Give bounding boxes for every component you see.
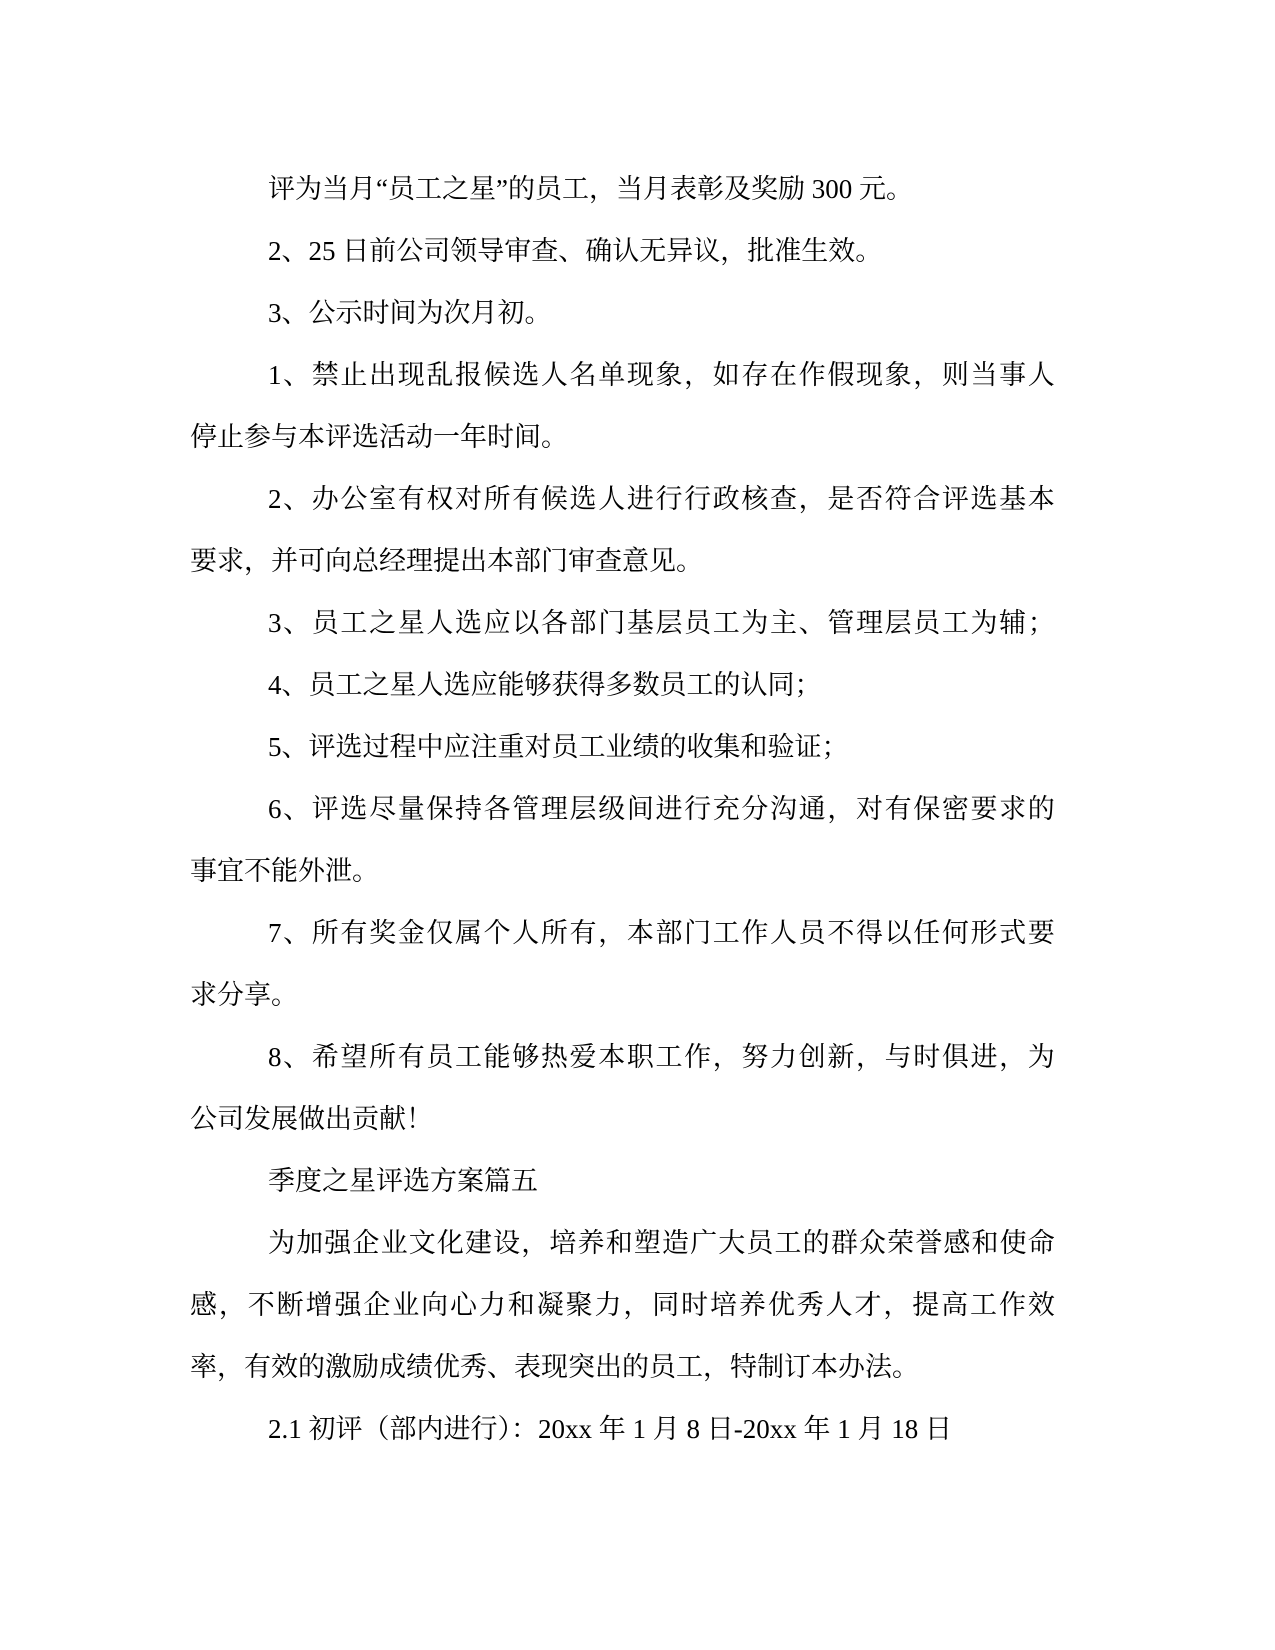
text-char: 在: [770, 344, 797, 406]
text-char: 效: [1028, 1274, 1055, 1336]
text-char: 以: [512, 592, 539, 654]
text-char: 查: [770, 468, 797, 530]
text-char: 才: [854, 1274, 881, 1336]
text-line: 8、希望所有员工能够热爱本职工作，努力创新，与时俱进，为: [190, 1026, 1055, 1088]
text-char: 各: [484, 778, 511, 840]
text-char: 求: [999, 778, 1026, 840]
text-char: 、: [283, 592, 310, 654]
text-char: ；: [1028, 592, 1055, 654]
text-char: 作: [741, 902, 768, 964]
text-char: 金: [398, 902, 425, 964]
text-char: 强: [334, 1274, 361, 1336]
text-char: 门: [598, 592, 625, 654]
text-char: 大: [718, 1212, 745, 1274]
text-char: 感: [943, 1212, 970, 1274]
text-char: 员: [913, 592, 940, 654]
text-char: 对: [856, 778, 883, 840]
text-char: 工: [942, 592, 969, 654]
text-char: 人: [826, 1274, 853, 1336]
text-char: 业: [381, 1212, 408, 1274]
document-text-block: 评为当月“员工之星”的员工，当月表彰及奖励 300 元。2、25 日前公司领导审…: [190, 158, 1055, 1460]
text-char: 是: [827, 468, 854, 530]
text-char: 如: [713, 344, 740, 406]
text-char: 名: [570, 344, 597, 406]
text-char: 何: [942, 902, 969, 964]
text-char: 行: [684, 468, 711, 530]
text-char: 2: [268, 468, 282, 530]
text-char: 有: [340, 902, 367, 964]
text-char: 人: [541, 344, 568, 406]
text-char: 造: [662, 1212, 689, 1274]
text-char: 基: [999, 468, 1026, 530]
text-line: 公司发展做出贡献！: [190, 1088, 1055, 1150]
text-char: 部: [655, 902, 682, 964]
text-char: 选: [340, 778, 367, 840]
text-char: 心: [450, 1274, 477, 1336]
text-char: 核: [741, 468, 768, 530]
text-char: 不: [248, 1274, 275, 1336]
text-char: 时: [913, 1026, 940, 1088]
text-line: 停止参与本评选活动一年时间。: [190, 406, 1055, 468]
text-char: 时: [681, 1274, 708, 1336]
text-char: 为: [971, 592, 998, 654]
text-char: 本: [627, 902, 654, 964]
text-char: 充: [713, 778, 740, 840]
text-char: 、: [799, 592, 826, 654]
text-char: 奖: [369, 902, 396, 964]
text-char: 能: [484, 1026, 511, 1088]
text-char: 培: [549, 1212, 576, 1274]
text-char: 公: [340, 468, 367, 530]
text-char: 假: [827, 344, 854, 406]
text-char: 养: [578, 1212, 605, 1274]
text-char: 6: [268, 778, 282, 840]
text-char: 群: [831, 1212, 858, 1274]
text-char: 业: [392, 1274, 419, 1336]
text-char: 保: [913, 778, 940, 840]
text-char: 断: [277, 1274, 304, 1336]
text-char: 禁: [312, 344, 339, 406]
text-char: 有: [885, 778, 912, 840]
text-char: 同: [652, 1274, 679, 1336]
text-char: 进: [971, 1026, 998, 1088]
text-char: ，: [521, 1212, 548, 1274]
text-char: 对: [455, 468, 482, 530]
text-char: 选: [455, 592, 482, 654]
text-char: 本: [1028, 468, 1055, 530]
text-char: 形: [971, 902, 998, 964]
text-char: 塑: [634, 1212, 661, 1274]
text-char: ，: [598, 902, 625, 964]
text-char: 1: [268, 344, 282, 406]
text-char: 出: [369, 344, 396, 406]
text-char: 有: [570, 902, 597, 964]
text-char: 广: [690, 1212, 717, 1274]
text-char: 增: [306, 1274, 333, 1336]
text-char: 分: [741, 778, 768, 840]
text-char: 作: [799, 344, 826, 406]
text-char: ，: [913, 344, 940, 406]
text-char: 得: [856, 902, 883, 964]
text-char: 与: [885, 1026, 912, 1088]
text-char: 员: [799, 902, 826, 964]
text-char: 理: [856, 592, 883, 654]
text-char: 希: [312, 1026, 339, 1088]
text-char: 文: [409, 1212, 436, 1274]
text-char: 门: [684, 902, 711, 964]
text-line: 6、评选尽量保持各管理层级间进行充分沟通，对有保密要求的: [190, 778, 1055, 840]
text-char: 单: [598, 344, 625, 406]
text-char: 选: [570, 468, 597, 530]
text-char: 、: [283, 468, 310, 530]
text-char: 力: [594, 1274, 621, 1336]
text-char: 任: [913, 902, 940, 964]
text-char: 符: [885, 468, 912, 530]
text-char: 仅: [426, 902, 453, 964]
text-line: 7、所有奖金仅属个人所有，本部门工作人员不得以任何形式要: [190, 902, 1055, 964]
text-char: 众: [859, 1212, 886, 1274]
text-char: 人: [598, 468, 625, 530]
text-char: 荣: [887, 1212, 914, 1274]
text-char: 3: [268, 592, 282, 654]
text-char: 、: [283, 778, 310, 840]
text-char: ，: [684, 344, 711, 406]
text-char: 当: [971, 344, 998, 406]
text-char: 象: [655, 344, 682, 406]
text-char: 和: [972, 1212, 999, 1274]
text-char: 人: [426, 592, 453, 654]
text-char: 高: [941, 1274, 968, 1336]
text-line: 为加强企业文化建设，培养和塑造广大员工的群众荣誉感和使命: [190, 1212, 1055, 1274]
text-char: 培: [710, 1274, 737, 1336]
text-char: 优: [768, 1274, 795, 1336]
text-char: 建: [465, 1212, 492, 1274]
text-line: 5、评选过程中应注重对员工业绩的收集和验证；: [190, 716, 1055, 778]
text-char: 量: [398, 778, 425, 840]
text-char: 工: [713, 902, 740, 964]
text-line: 季度之星评选方案篇五: [190, 1150, 1055, 1212]
text-char: 所: [541, 902, 568, 964]
text-char: 所: [484, 468, 511, 530]
text-char: 职: [627, 1026, 654, 1088]
text-char: 人: [512, 902, 539, 964]
text-char: 工: [713, 592, 740, 654]
text-char: 有: [398, 468, 425, 530]
text-char: 力: [770, 1026, 797, 1088]
text-char: 俱: [942, 1026, 969, 1088]
text-char: 员: [684, 592, 711, 654]
text-char: 有: [512, 468, 539, 530]
text-char: 选: [512, 344, 539, 406]
text-char: 选: [971, 468, 998, 530]
text-char: 间: [627, 778, 654, 840]
text-line: 1、禁止出现乱报候选人名单现象，如存在作假现象，则当事人: [190, 344, 1055, 406]
text-line: 率，有效的激励成绩优秀、表现突出的员工，特制订本办法。: [190, 1336, 1055, 1398]
text-line: 4、员工之星人选应能够获得多数员工的认同；: [190, 654, 1055, 716]
text-char: 感: [190, 1274, 217, 1336]
text-line: 评为当月“员工之星”的员工，当月表彰及奖励 300 元。: [190, 158, 1055, 220]
text-char: 秀: [797, 1274, 824, 1336]
text-char: 提: [912, 1274, 939, 1336]
text-char: 层: [885, 592, 912, 654]
text-char: 凝: [537, 1274, 564, 1336]
text-char: 行: [655, 468, 682, 530]
text-char: 管: [827, 592, 854, 654]
text-char: 级: [598, 778, 625, 840]
text-char: 以: [885, 902, 912, 964]
text-char: 员: [312, 592, 339, 654]
text-char: 爱: [570, 1026, 597, 1088]
text-char: 则: [942, 344, 969, 406]
text-char: 誉: [915, 1212, 942, 1274]
text-char: 保: [426, 778, 453, 840]
text-line: 3、员工之星人选应以各部门基层员工为主、管理层员工为辅；: [190, 592, 1055, 654]
text-char: 人: [770, 902, 797, 964]
text-line: 求分享。: [190, 964, 1055, 1026]
text-char: ，: [713, 1026, 740, 1088]
text-char: 之: [369, 592, 396, 654]
text-char: 的: [1028, 778, 1055, 840]
text-char: 有: [398, 1026, 425, 1088]
text-line: 2、办公室有权对所有候选人进行行政核查，是否符合评选基本: [190, 468, 1055, 530]
text-char: 、: [283, 344, 310, 406]
text-char: 室: [369, 468, 396, 530]
text-char: 持: [455, 778, 482, 840]
text-char: 强: [324, 1212, 351, 1274]
text-char: 评: [942, 468, 969, 530]
text-char: 员: [746, 1212, 773, 1274]
text-char: ，: [799, 468, 826, 530]
text-char: 管: [512, 778, 539, 840]
text-char: 8: [268, 1026, 282, 1088]
text-char: 、: [283, 1026, 310, 1088]
text-char: 所: [312, 902, 339, 964]
text-char: 各: [541, 592, 568, 654]
text-char: 辅: [999, 592, 1026, 654]
text-char: 候: [484, 344, 511, 406]
text-char: 和: [508, 1274, 535, 1336]
text-char: 创: [799, 1026, 826, 1088]
text-line: 2.1 初评（部内进行）：20xx 年 1 月 8 日-20xx 年 1 月 1…: [190, 1398, 1055, 1460]
text-char: 沟: [770, 778, 797, 840]
text-char: 企: [363, 1274, 390, 1336]
text-char: 望: [340, 1026, 367, 1088]
text-char: 热: [541, 1026, 568, 1088]
text-char: ，: [856, 1026, 883, 1088]
text-char: 进: [627, 468, 654, 530]
text-char: 候: [541, 468, 568, 530]
text-line: 要求，并可向总经理提出本部门审查意见。: [190, 530, 1055, 592]
text-char: 主: [770, 592, 797, 654]
text-char: 、: [283, 902, 310, 964]
text-char: 行: [684, 778, 711, 840]
text-char: 部: [570, 592, 597, 654]
text-char: 权: [426, 468, 453, 530]
text-char: 和: [606, 1212, 633, 1274]
text-char: 人: [1028, 344, 1055, 406]
text-char: ，: [999, 1026, 1026, 1088]
text-line: 事宜不能外泄。: [190, 840, 1055, 902]
text-char: 评: [312, 778, 339, 840]
text-char: 存: [741, 344, 768, 406]
text-char: 命: [1028, 1212, 1055, 1274]
text-char: 报: [455, 344, 482, 406]
text-char: 层: [655, 592, 682, 654]
text-char: 企: [352, 1212, 379, 1274]
text-char: 层: [570, 778, 597, 840]
text-char: 设: [493, 1212, 520, 1274]
text-char: 养: [739, 1274, 766, 1336]
text-char: 作: [999, 1274, 1026, 1336]
text-char: 密: [942, 778, 969, 840]
text-char: 力: [479, 1274, 506, 1336]
text-char: 为: [741, 592, 768, 654]
text-char: ，: [883, 1274, 910, 1336]
text-char: 星: [398, 592, 425, 654]
document-page: 评为当月“员工之星”的员工，当月表彰及奖励 300 元。2、25 日前公司领导审…: [0, 0, 1275, 1650]
text-char: 使: [1000, 1212, 1027, 1274]
text-char: 乱: [426, 344, 453, 406]
text-char: 止: [340, 344, 367, 406]
text-char: 化: [437, 1212, 464, 1274]
text-char: 通: [799, 778, 826, 840]
text-char: 为: [1028, 1026, 1055, 1088]
text-char: 个: [484, 902, 511, 964]
text-char: 现: [627, 344, 654, 406]
text-char: 要: [971, 778, 998, 840]
text-char: 工: [455, 1026, 482, 1088]
text-char: 为: [268, 1212, 295, 1274]
text-char: 否: [856, 468, 883, 530]
text-char: 聚: [566, 1274, 593, 1336]
text-char: ，: [623, 1274, 650, 1336]
text-char: 理: [541, 778, 568, 840]
text-char: 够: [512, 1026, 539, 1088]
text-char: 工: [655, 1026, 682, 1088]
text-char: 工: [340, 592, 367, 654]
text-char: 本: [598, 1026, 625, 1088]
text-char: 应: [484, 592, 511, 654]
text-char: 员: [426, 1026, 453, 1088]
text-char: 不: [827, 902, 854, 964]
text-char: 象: [885, 344, 912, 406]
text-char: 7: [268, 902, 282, 964]
text-char: 办: [312, 468, 339, 530]
text-char: 式: [999, 902, 1026, 964]
text-char: 事: [999, 344, 1026, 406]
text-char: 加: [296, 1212, 323, 1274]
text-char: ，: [219, 1274, 246, 1336]
text-char: 政: [713, 468, 740, 530]
text-char: 作: [684, 1026, 711, 1088]
text-char: 进: [655, 778, 682, 840]
text-line: 感，不断增强企业向心力和凝聚力，同时培养优秀人才，提高工作效: [190, 1274, 1055, 1336]
text-line: 3、公示时间为次月初。: [190, 282, 1055, 344]
text-char: 属: [455, 902, 482, 964]
text-char: 努: [741, 1026, 768, 1088]
text-char: 向: [421, 1274, 448, 1336]
text-char: 工: [970, 1274, 997, 1336]
text-line: 2、25 日前公司领导审查、确认无异议，批准生效。: [190, 220, 1055, 282]
text-char: 工: [775, 1212, 802, 1274]
text-char: 现: [398, 344, 425, 406]
text-char: 尽: [369, 778, 396, 840]
text-char: 基: [627, 592, 654, 654]
text-char: 所: [369, 1026, 396, 1088]
text-char: 新: [827, 1026, 854, 1088]
text-char: 合: [913, 468, 940, 530]
text-char: ，: [827, 778, 854, 840]
text-char: 现: [856, 344, 883, 406]
text-char: 的: [803, 1212, 830, 1274]
text-char: 要: [1028, 902, 1055, 964]
